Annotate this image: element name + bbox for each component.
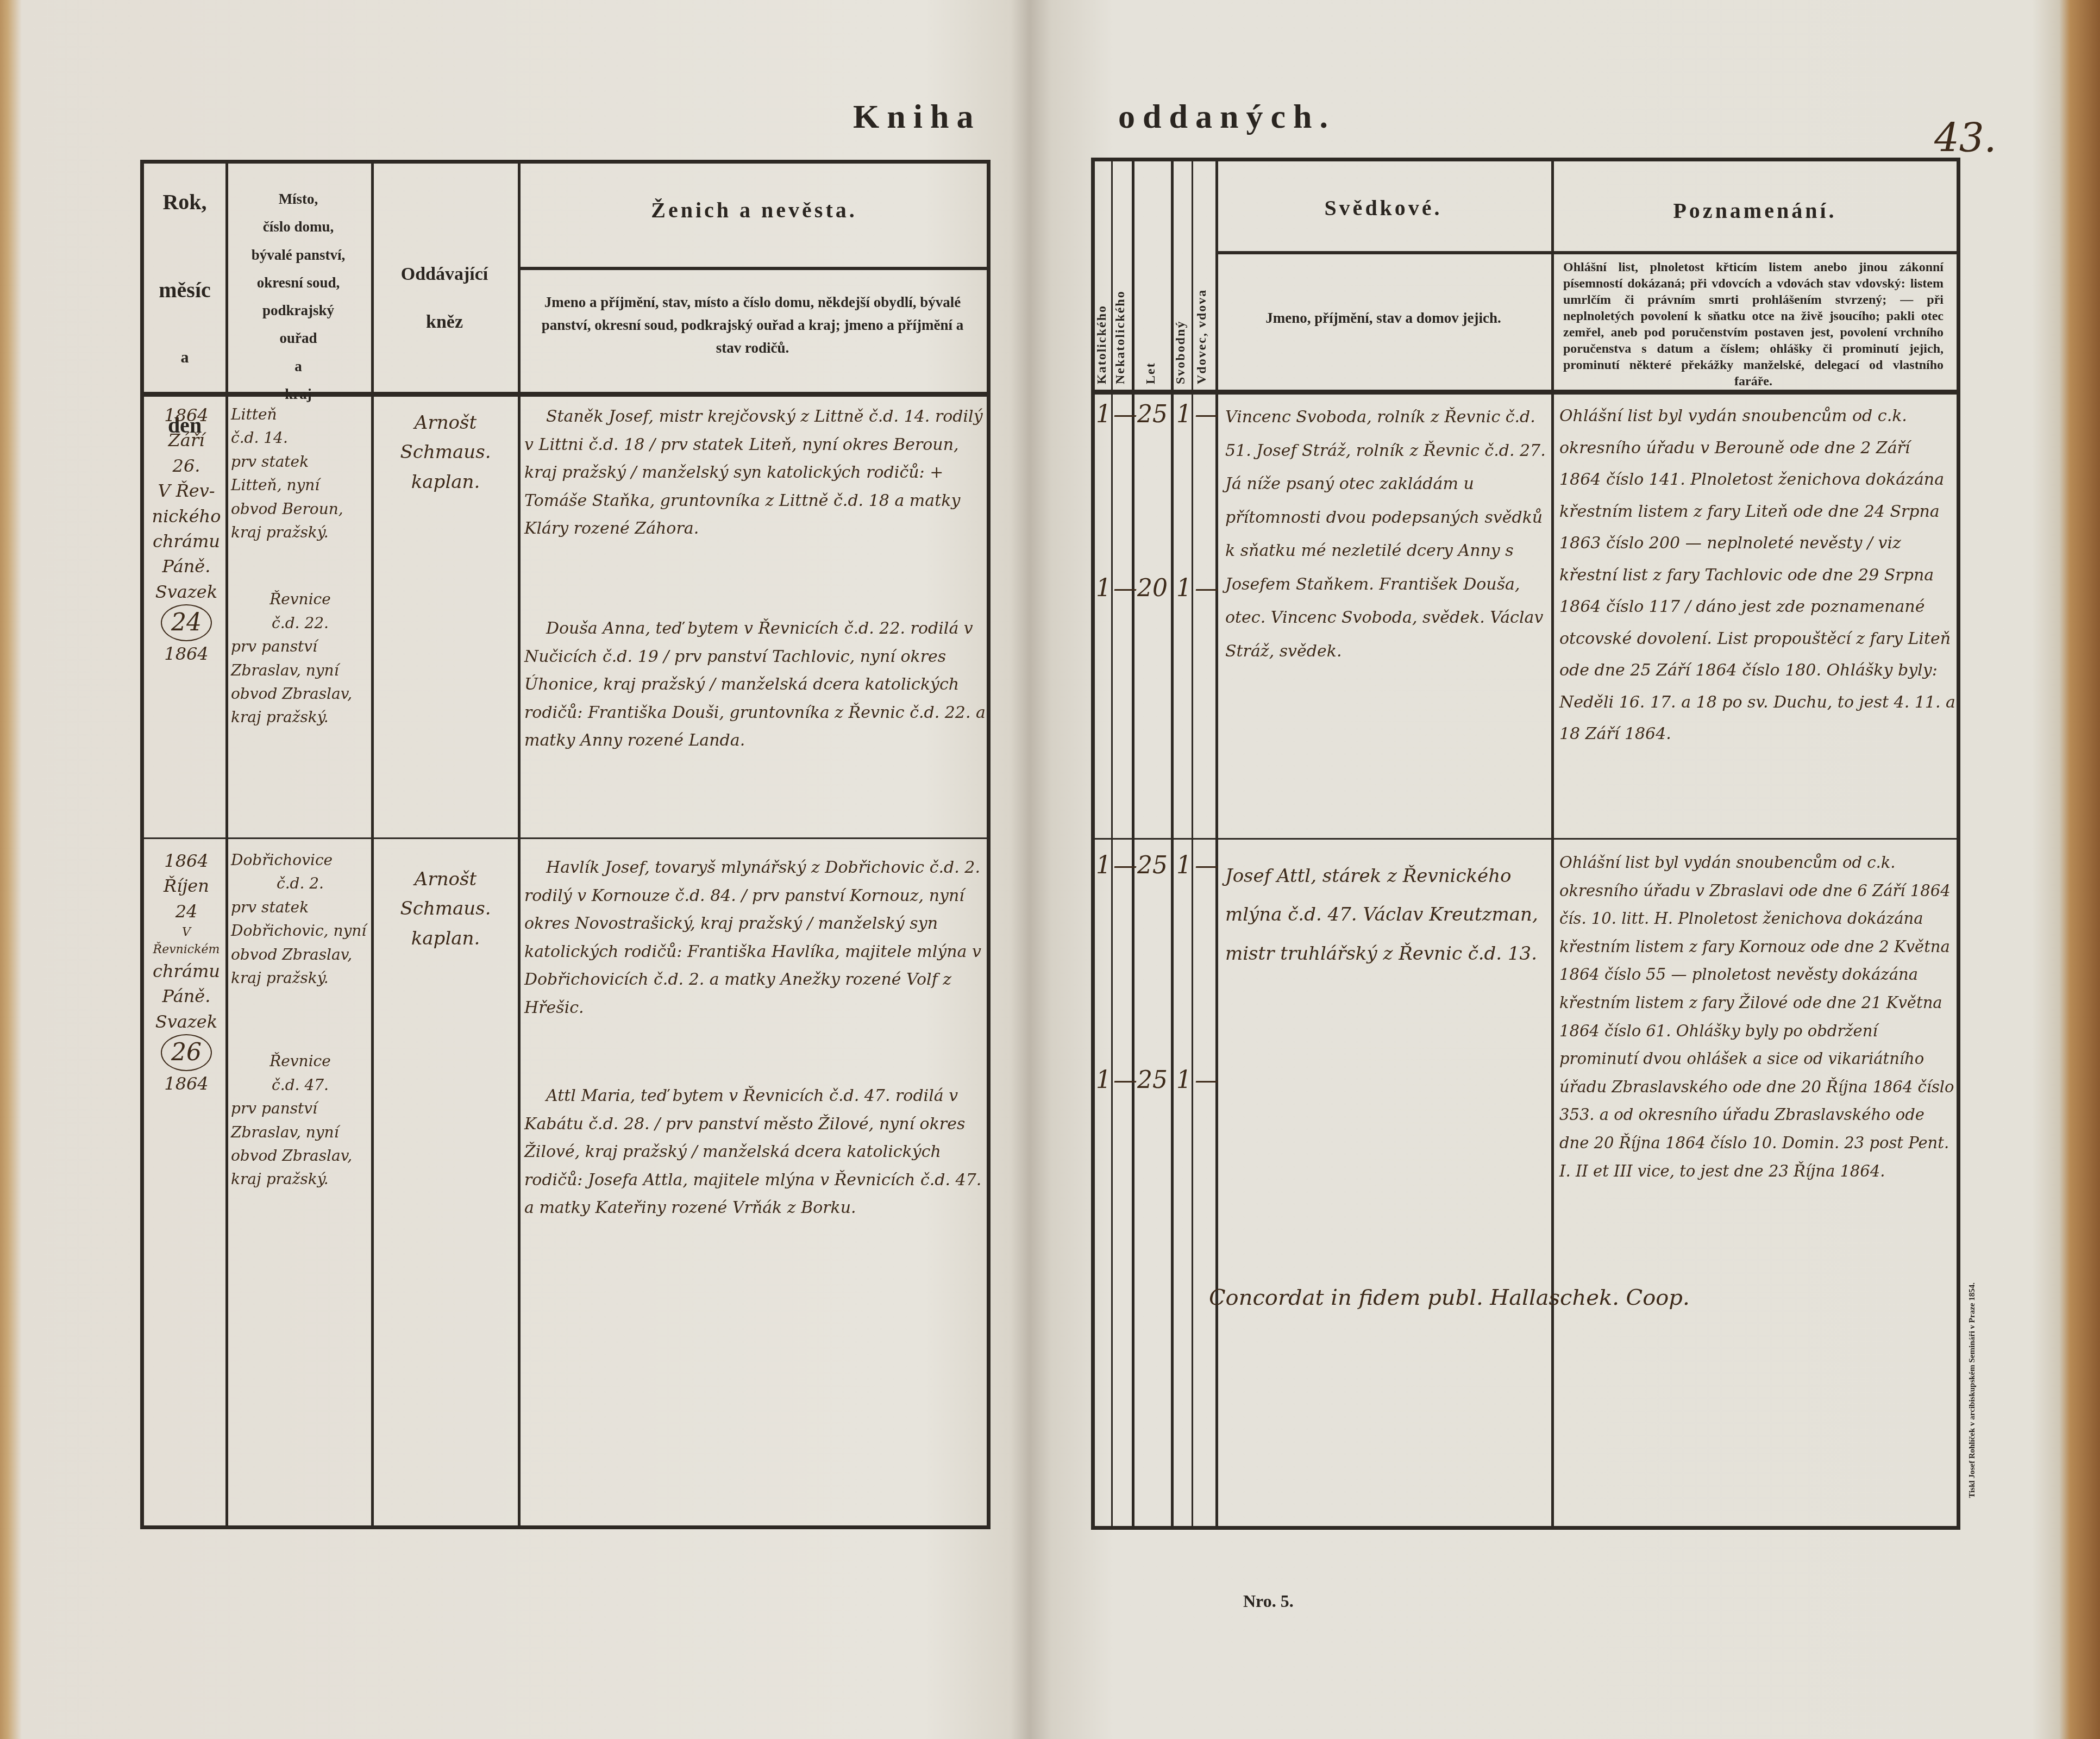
header-priest: Oddávající kněz (371, 251, 518, 347)
entry-2-groom-single: 1 (1176, 852, 1192, 879)
header-couple-title: Ženich a nevěsta. (518, 193, 991, 227)
printer-imprint: Tiskl Josef Rohlíček v arcibiskupském Se… (1968, 1283, 1977, 1498)
page-number: 43. (1934, 115, 1997, 161)
date-line: chrámu (148, 959, 224, 984)
header-divider (1095, 390, 1957, 395)
entry-1-notes: Ohlášní list byl vydán snoubencům od c.k… (1559, 401, 1956, 750)
place-line: obvod Beroun, (231, 497, 369, 521)
divider (371, 164, 374, 1525)
entry-1-date: 1864 Září 26. V Řev- nického chrámu Páně… (148, 403, 224, 666)
place-line: Dobřichovice (231, 848, 369, 872)
date-line: 1864 (148, 1071, 224, 1096)
place-line: obvod Zbraslav, (231, 943, 369, 966)
header-witnesses-desc: Jmeno, příjmění, stav a domov jejich. (1215, 307, 1551, 330)
date-line: Svazek (148, 579, 224, 604)
entry-2-bride-noncatholic: — (1113, 1066, 1137, 1094)
entry-1-bride: Douša Anna, teď bytem v Řevnicích č.d. 2… (524, 615, 986, 755)
place-line: kraj pražský. (231, 521, 369, 544)
entry-2-bride: Attl Maria, teď bytem v Řevnicích č.d. 4… (524, 1082, 986, 1222)
date-line: Září (148, 428, 224, 453)
entry-2-place: Dobřichovice č.d. 2. prv statek Dobřicho… (231, 848, 369, 1191)
entry-2-bride-widowed: — (1195, 1066, 1219, 1094)
place-line: prv panství (231, 635, 369, 658)
entry-2-date: 1864 Říjen 24 V Řevnickém chrámu Páně. S… (148, 848, 224, 1096)
priest-line: Schmaus. (378, 437, 513, 467)
date-line: Svazek (148, 1009, 224, 1034)
place-line: Litteň (231, 403, 369, 426)
header-witnesses-title: Svědkové. (1215, 191, 1551, 225)
place-line: kraj pražský. (231, 1167, 369, 1191)
date-line: Páně. (148, 554, 224, 579)
entry-1-groom-age: 25 (1137, 401, 1168, 428)
entry-2-groom-widowed: — (1195, 852, 1219, 879)
title-left: Kniha (853, 98, 981, 136)
priest-line: Arnošt (378, 865, 513, 894)
place-line: Řevnice (231, 587, 369, 611)
place-line: prv statek (231, 896, 369, 919)
entry-divider (1095, 838, 1957, 840)
divider (1551, 161, 1554, 1526)
priest-line: kaplan. (378, 924, 513, 953)
priest-line: Arnošt (378, 408, 513, 437)
header-place-line: a (225, 353, 371, 380)
entry-2-groom-age: 25 (1137, 852, 1168, 879)
entry-2-notes: Ohlášní list byl vydán snoubencům od c.k… (1559, 849, 1956, 1185)
form-number: Nro. 5. (1243, 1591, 1294, 1611)
entry-1-groom-catholic: 1 (1096, 401, 1111, 428)
header-place-line: ouřad (225, 324, 371, 352)
header-noncatholic: Nekatolického (1113, 254, 1130, 384)
entry-1-bride-noncatholic: — (1113, 574, 1137, 602)
entry-2-groom: Havlík Josef, tovaryš mlynářský z Dobřic… (524, 854, 986, 1022)
header-catholic: Katolického (1095, 259, 1111, 384)
place-line: kraj pražský. (231, 705, 369, 729)
entry-2-bride-catholic: 1 (1096, 1066, 1111, 1094)
place-line: č.d. 2. (231, 872, 369, 895)
place-line: Litteň, nyní (231, 473, 369, 497)
place-line: obvod Zbraslav, (231, 682, 369, 705)
header-notes-desc: Ohlášní list, plnoletost křticím listem … (1563, 259, 1944, 390)
concordat-attestation: Concordat in fidem publ. Hallaschek. Coo… (1209, 1285, 1690, 1310)
priest-line: Schmaus. (378, 894, 513, 923)
entry-1-priest: Arnošt Schmaus. kaplan. (378, 408, 513, 497)
place-line: Zbraslav, nyní (231, 659, 369, 682)
date-line: 24 (148, 899, 224, 924)
divider (1215, 251, 1957, 254)
left-register-table: Rok, měsíc a den Místo, číslo domu, býva… (140, 160, 991, 1529)
entry-2-witnesses: Josef Attl, stárek z Řevnického mlýna č.… (1225, 857, 1546, 973)
divider (518, 164, 521, 1525)
header-place-line: bývalé panství, (225, 241, 371, 269)
entry-1-bride-age: 20 (1137, 574, 1168, 602)
entry-1-bride-catholic: 1 (1096, 574, 1111, 602)
place-line: Řevnice (231, 1049, 369, 1073)
header-age: Let (1144, 335, 1160, 384)
header-date-year: Rok, (144, 185, 225, 219)
divider (1192, 161, 1193, 1526)
date-line: V Řev- (148, 478, 224, 503)
volume-number: 24 (161, 604, 212, 641)
place-line: č.d. 47. (231, 1073, 369, 1097)
date-line: 1864 (148, 848, 224, 873)
right-register-table: Katolického Nekatolického Let Svobodný V… (1091, 158, 1960, 1530)
entry-1-place: Litteň č.d. 14. prv statek Litteň, nyní … (231, 403, 369, 729)
divider (1111, 161, 1113, 1526)
date-line: 1864 (148, 403, 224, 428)
header-place-line: okresní soud, (225, 269, 371, 297)
divider (1215, 161, 1218, 1526)
place-line: obvod Zbraslav, (231, 1144, 369, 1167)
header-priest-line: Oddávající (371, 251, 518, 298)
divider (518, 267, 987, 270)
place-line: Zbraslav, nyní (231, 1121, 369, 1144)
entry-2-groom-catholic: 1 (1096, 852, 1111, 879)
date-line: chrámu (148, 529, 224, 554)
priest-line: kaplan. (378, 467, 513, 497)
divider (1132, 161, 1134, 1526)
entry-1-groom-single: 1 (1176, 401, 1192, 428)
header-place: Místo, číslo domu, bývalé panství, okres… (225, 185, 371, 408)
entry-2-bride-age: 25 (1137, 1066, 1168, 1094)
header-place-line: Místo, (225, 185, 371, 213)
header-couple-desc: Jmeno a příjmění, stav, místo a číslo do… (535, 291, 970, 360)
entry-1-bride-widowed: — (1195, 574, 1219, 602)
header-place-line: podkrajský (225, 297, 371, 324)
entry-1-witnesses: Vincenc Svoboda, rolník z Řevnic č.d. 51… (1225, 401, 1546, 668)
place-line: prv panství (231, 1097, 369, 1120)
date-line: nického (148, 504, 224, 529)
header-priest-line: kněz (371, 298, 518, 346)
entry-1-groom-noncatholic: — (1113, 401, 1137, 428)
title-right: oddaných. (1118, 98, 1336, 136)
header-place-line: číslo domu, (225, 213, 371, 241)
entry-1-groom-widowed: — (1195, 401, 1219, 428)
header-date-and: a (144, 345, 225, 371)
entry-1-bride-single: 1 (1176, 574, 1192, 602)
entry-2-groom-noncatholic: — (1113, 852, 1137, 879)
entry-divider (144, 837, 987, 839)
header-single: Svobodný (1174, 303, 1190, 384)
volume-number: 26 (161, 1034, 212, 1071)
header-date-month: měsíc (144, 273, 225, 307)
entry-2-priest: Arnošt Schmaus. kaplan. (378, 865, 513, 953)
place-line: Dobřichovic, nyní (231, 919, 369, 942)
place-line: č.d. 22. (231, 611, 369, 635)
date-line: V Řevnickém (148, 924, 224, 959)
place-line: č.d. 14. (231, 426, 369, 449)
header-widowed: Vdovec, vdova (1195, 262, 1211, 384)
open-register-book: Kniha oddaných. 43. Rok, měsíc a den Mís… (0, 0, 2100, 1739)
entry-2-bride-single: 1 (1176, 1066, 1192, 1094)
place-line: kraj pražský. (231, 966, 369, 990)
place-line: prv statek (231, 450, 369, 473)
entry-1-groom: Staněk Josef, mistr krejčovský z Littně … (524, 403, 986, 543)
header-notes-title: Poznamenání. (1551, 194, 1959, 228)
date-line: 1864 (148, 641, 224, 666)
date-line: Páně. (148, 984, 224, 1009)
date-line: Říjen (148, 873, 224, 898)
date-line: 26. (148, 453, 224, 478)
